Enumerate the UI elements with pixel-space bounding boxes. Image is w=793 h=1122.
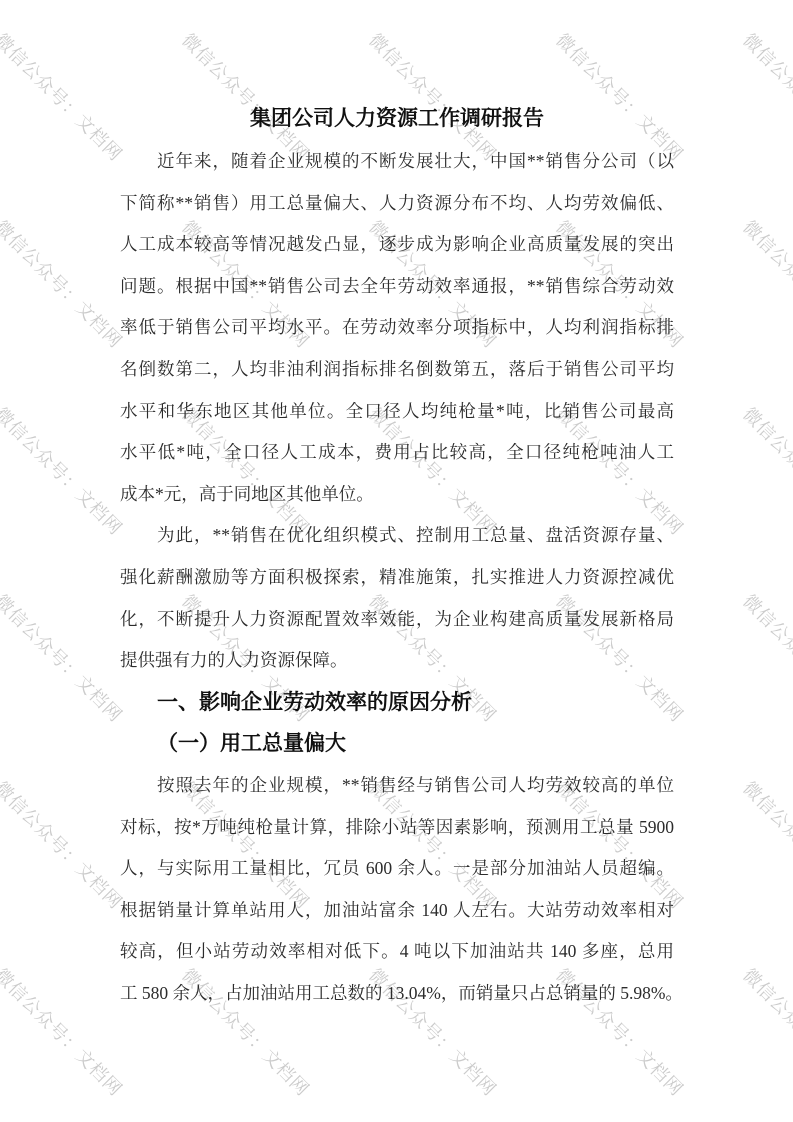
document-body: 近年来，随着企业规模的不断发展壮大，中国**销售分公司（以下简称**销售）用工总… xyxy=(120,141,674,1014)
section-heading: （一）用工总量偏大 xyxy=(120,723,674,765)
text-line: 水平低*吨，全口径人工成本，费用占比较高，全口径纯枪吨油人工 xyxy=(120,432,674,474)
document-title: 集团公司人力资源工作调研报告 xyxy=(120,97,674,141)
text-line: 问题。根据中国**销售公司去全年劳动效率通报，**销售综合劳动效 xyxy=(120,266,674,308)
document-content: 集团公司人力资源工作调研报告 近年来，随着企业规模的不断发展壮大，中国**销售分… xyxy=(0,97,793,1014)
text-line: 按照去年的企业规模，**销售经与销售公司人均劳效较高的单位 xyxy=(120,765,674,807)
text-line: 对标，按*万吨纯枪量计算，排除小站等因素影响，预测用工总量 5900 xyxy=(120,807,674,849)
text-line: 强化薪酬激励等方面积极探索，精准施策，扎实推进人力资源控减优 xyxy=(120,557,674,599)
text-line: 率低于销售公司平均水平。在劳动效率分项指标中，人均利润指标排 xyxy=(120,307,674,349)
text-line: 较高，但小站劳动效率相对低下。4 吨以下加油站共 140 多座，总用 xyxy=(120,931,674,973)
text-line: 人工成本较高等情况越发凸显，逐步成为影响企业高质量发展的突出 xyxy=(120,224,674,266)
text-line: 名倒数第二，人均非油利润指标排名倒数第五，落后于销售公司平均 xyxy=(120,349,674,391)
text-line: 水平和华东地区其他单位。全口径人均纯枪量*吨，比销售公司最高 xyxy=(120,391,674,433)
text-line: 为此，**销售在优化组织模式、控制用工总量、盘活资源存量、 xyxy=(120,515,674,557)
text-line: 成本*元，高于同地区其他单位。 xyxy=(120,474,674,516)
document-page: 微信公众号：文档网微信公众号：文档网微信公众号：文档网微信公众号：文档网微信公众… xyxy=(0,0,793,1122)
section-heading: 一、影响企业劳动效率的原因分析 xyxy=(120,682,674,724)
text-line: 根据销量计算单站用人，加油站富余 140 人左右。大站劳动效率相对 xyxy=(120,890,674,932)
text-line: 下简称**销售）用工总量偏大、人力资源分布不均、人均劳效偏低、 xyxy=(120,183,674,225)
text-line: 提供强有力的人力资源保障。 xyxy=(120,640,674,682)
text-line: 化，不断提升人力资源配置效率效能，为企业构建高质量发展新格局 xyxy=(120,599,674,641)
text-line: 工 580 余人，占加油站用工总数的 13.04%，而销量只占总销量的 5.98… xyxy=(120,973,674,1015)
text-line: 近年来，随着企业规模的不断发展壮大，中国**销售分公司（以 xyxy=(120,141,674,183)
text-line: 人，与实际用工量相比，冗员 600 余人。一是部分加油站人员超编。 xyxy=(120,848,674,890)
